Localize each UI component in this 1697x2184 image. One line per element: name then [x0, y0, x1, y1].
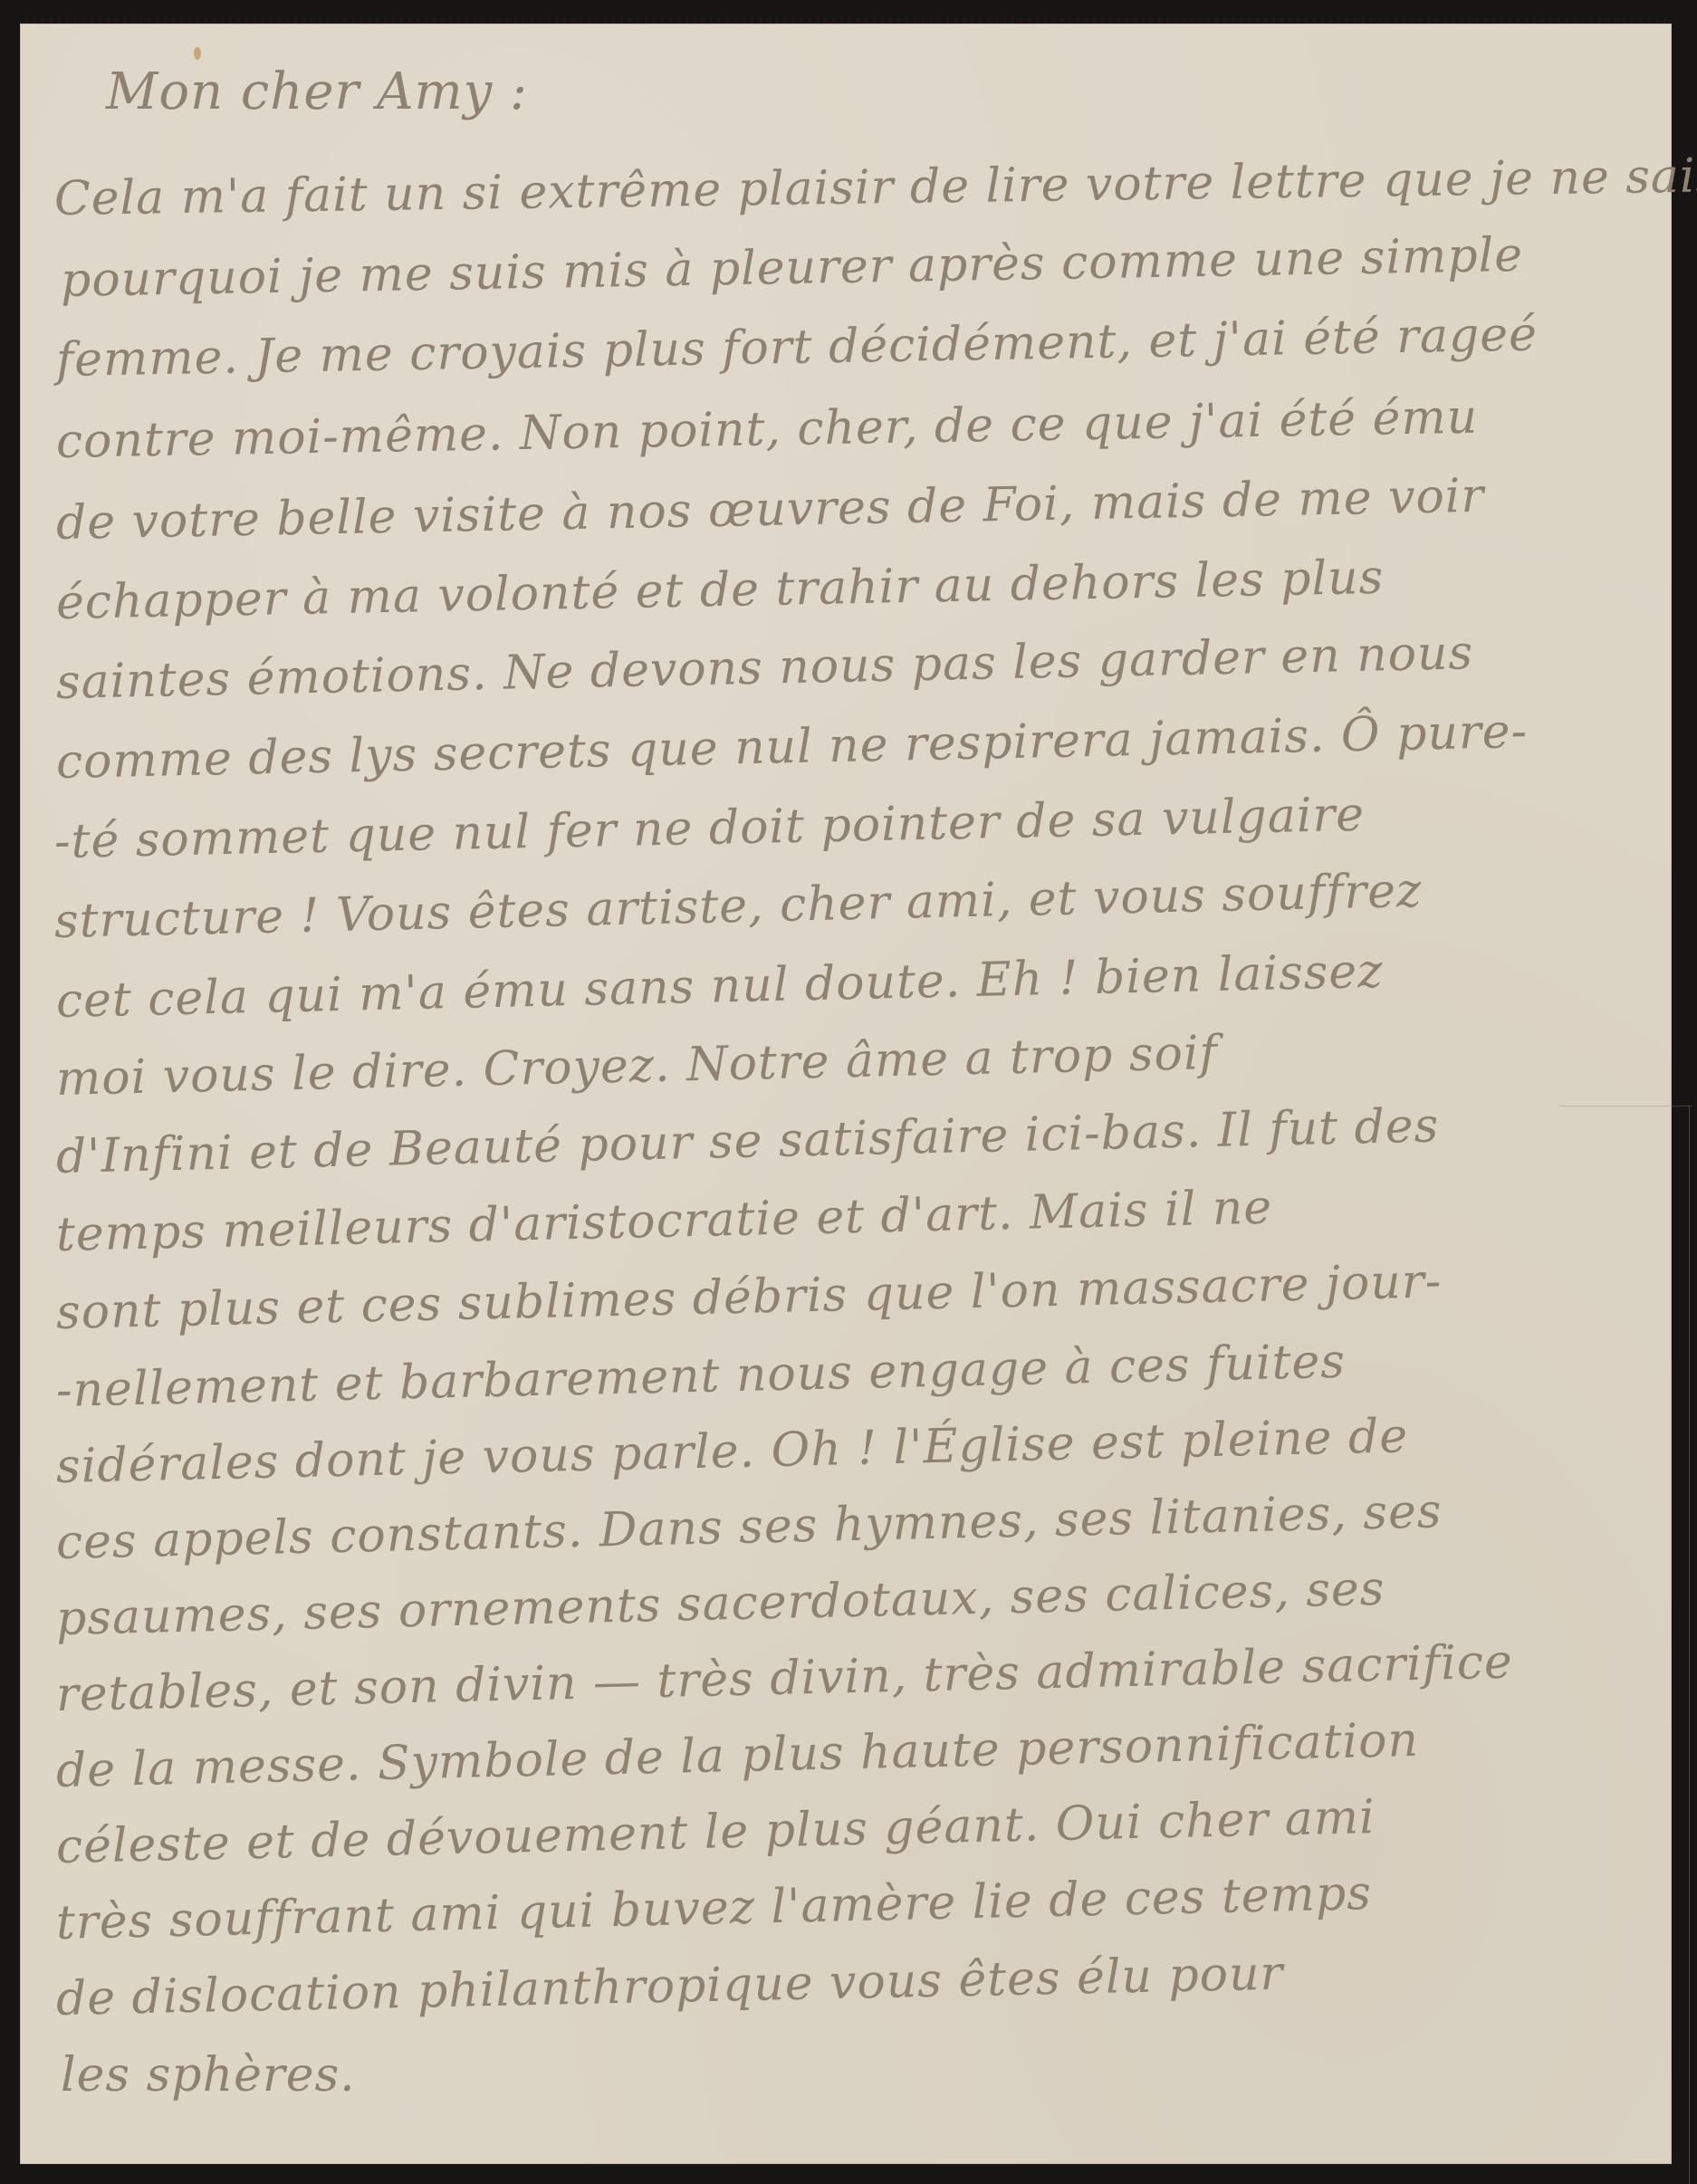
- scanned-letter: Mon cher Amy : Cela m'a fait un si extrê…: [0, 0, 1697, 2184]
- letter-closing-line: les sphères.: [61, 2052, 356, 2099]
- letter-line: de la messe. Symbole de la plus haute pe…: [55, 1717, 1419, 1795]
- letter-line: temps meilleurs d'aristocratie et d'art.…: [55, 1184, 1272, 1259]
- fold-line-horizontal: [1559, 1106, 1692, 1106]
- letter-line: échapper à ma volonté et de trahir au de…: [56, 554, 1385, 627]
- letter-line: sont plus et ces sublimes débris que l'o…: [55, 1258, 1442, 1336]
- letter-line: pourquoi je me suis mis à pleurer après …: [61, 232, 1524, 304]
- letter-line: structure ! Vous êtes artiste, cher ami,…: [53, 867, 1422, 945]
- paper-stain: [194, 47, 201, 60]
- letter-salutation: Mon cher Amy :: [106, 67, 528, 118]
- letter-line: céleste et de dévouement le plus géant. …: [55, 1794, 1376, 1871]
- letter-line: femme. Je me croyais plus fort décidémen…: [56, 311, 1539, 384]
- fold-line-vertical: [1689, 1106, 1690, 2184]
- letter-line: saintes émotions. Ne devons nous pas les…: [55, 629, 1473, 706]
- letter-line: très souffrant ami qui buvez l'amère lie…: [55, 1870, 1372, 1947]
- letter-line: d'Infini et de Beauté pour se satisfaire…: [55, 1102, 1439, 1181]
- letter-line: moi vous le dire. Croyez. Notre âme a tr…: [55, 1030, 1218, 1103]
- letter-line: Cela m'a fait un si extrême plaisir de l…: [54, 152, 1697, 223]
- letter-line: psaumes, ses ornements sacerdotaux, ses …: [55, 1566, 1385, 1643]
- letter-sheet: Mon cher Amy : Cela m'a fait un si extrê…: [20, 24, 1672, 2164]
- letter-line: comme des lys secrets que nul ne respire…: [55, 708, 1528, 786]
- letter-line: de votre belle visite à nos œuvres de Fo…: [56, 473, 1485, 547]
- letter-line: -nellement et barbarement nous engage à …: [55, 1338, 1346, 1414]
- letter-line: de dislocation philanthropique vous êtes…: [55, 1950, 1283, 2023]
- letter-line: contre moi-même. Non point, cher, de ce …: [56, 394, 1479, 465]
- letter-line: cet cela qui m'a ému sans nul doute. Eh …: [55, 948, 1384, 1025]
- letter-line: sidérales dont je vous parle. Oh ! l'Égl…: [55, 1413, 1408, 1490]
- letter-line: retables, et son divin — très divin, trè…: [55, 1639, 1513, 1719]
- letter-line: -té sommet que nul fer ne doit pointer d…: [53, 791, 1365, 866]
- letter-line: ces appels constants. Dans ses hymnes, s…: [55, 1488, 1443, 1566]
